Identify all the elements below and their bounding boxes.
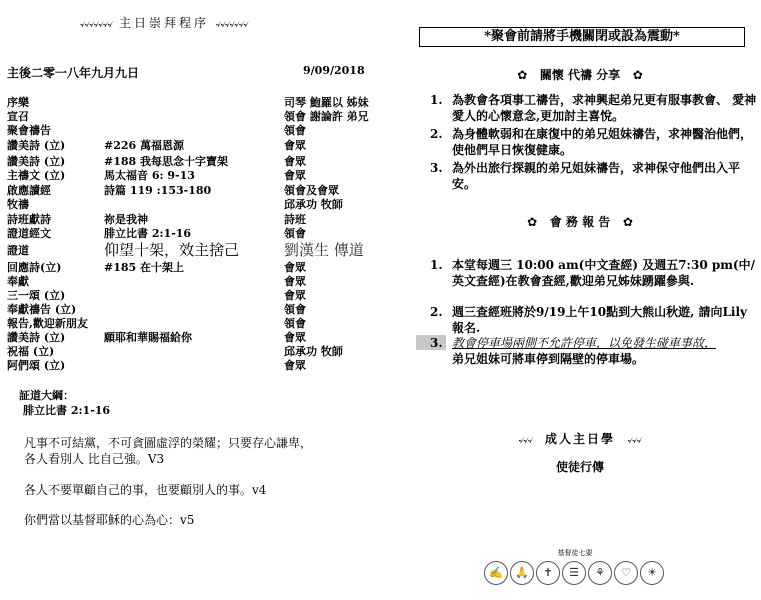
prayer-heading: ✿ 關懷 代禱 分享 ✿ bbox=[410, 66, 750, 83]
seven-essentials-graphic: 基督徒七要 ✍🙏✝☰⚘♡☀ bbox=[480, 548, 670, 596]
program-row: 證道經文腓立比書 2:1-16領會 bbox=[7, 225, 377, 240]
program-row: 回應詩(立)#185 在十架上會眾 bbox=[7, 259, 377, 274]
outline-verse-1b: 各人看別人 比自己強。V3 bbox=[24, 450, 164, 467]
program-row-sermon: 證道仰望十架，效主捨己劉漢生 傳道 bbox=[7, 242, 377, 257]
phone-notice-box: *聚會前請將手機關閉或設為震動* bbox=[419, 27, 745, 47]
prayer-list: 1.為教會各項事工禱告，求神興起弟兄更有服事教會、 愛神愛人的心懷意念,更加討主… bbox=[430, 92, 755, 194]
outline-heading: 証道大綱： bbox=[19, 387, 74, 403]
title-text: 主日崇拜程序 bbox=[119, 16, 209, 30]
ornament-right: ৵৵৵৵৵৵৵ bbox=[216, 20, 248, 30]
program-row: 祝福 (立)邱承功 牧師 bbox=[7, 343, 377, 358]
ornament-left: ৵৵৵ bbox=[519, 436, 533, 446]
parking-warning: 教會停車場兩側不允許停車，以免發生碰車事故， bbox=[452, 336, 716, 350]
seven-essentials-title: 基督徒七要 bbox=[480, 548, 670, 558]
sunday-school-heading: ৵৵৵ 成人主日學 ৵৵৵ bbox=[410, 430, 750, 448]
program-row: 讚美詩 (立)#226 萬福恩源會眾 bbox=[7, 137, 377, 152]
sunday-school-subject: 使徒行傳 bbox=[410, 458, 750, 475]
program-row: 奉獻禱告 (立)領會 bbox=[7, 301, 377, 316]
program-row: 讚美詩 (立)#188 我每思念十字寶架會眾 bbox=[7, 153, 377, 168]
bible-reading-icon: ✍ bbox=[484, 561, 508, 585]
list-item: 3.為外出旅行探親的弟兄姐妹禱告，求神保守他們出入平安。 bbox=[430, 160, 755, 194]
date-numeric: 9/09/2018 bbox=[303, 64, 365, 77]
program-row: 主禱文 (立)馬太福音 6: 9-13會眾 bbox=[7, 167, 377, 182]
program-row: 宣召領會 謝論許 弟兄 bbox=[7, 108, 377, 123]
outline-verse-3: 你們當以基督耶穌的心為心：v5 bbox=[24, 511, 194, 528]
sermon-title: 仰望十架，效主捨己 bbox=[104, 239, 239, 260]
program-row: 啟應讀經詩篇 119 :153-180領會及會眾 bbox=[7, 182, 377, 197]
program-row: 牧禱邱承功 牧師 bbox=[7, 196, 377, 211]
evangelism-icon: ⚘ bbox=[588, 561, 612, 585]
ornament-right: ৵৵৵ bbox=[628, 436, 642, 446]
fellowship-icon: ✝ bbox=[536, 561, 560, 585]
flower-ornament-icon: ✿ bbox=[527, 215, 537, 229]
program-row: 報告,歡迎新朋友領會 bbox=[7, 315, 377, 330]
program-row: 阿們頌 (立)會眾 bbox=[7, 357, 377, 372]
program-row: 讚美詩 (立)願耶和華賜福給你會眾 bbox=[7, 329, 377, 344]
program-row: 三一頌 (立)會眾 bbox=[7, 287, 377, 302]
outline-verse-1a: 凡事不可結黨，不可貪圖虛浮的榮耀；只要存心謙卑， bbox=[24, 434, 312, 451]
prayer-icon: 🙏 bbox=[510, 561, 534, 585]
outline-scripture: 腓立比書 2:1-16 bbox=[23, 402, 110, 418]
list-item: 2.為身體軟弱和在康復中的弟兄姐妹禱告，求神醫治他們，使他們早日恢復健康。 bbox=[430, 126, 755, 160]
date-chinese: 主後二零一八年九月九日 bbox=[7, 64, 139, 81]
outline-verse-2: 各人不要單顧自己的事，也要顧別人的事。v4 bbox=[24, 481, 266, 498]
order-of-service-title: ৵৵৵৵৵৵৵ 主日崇拜程序 ৵৵৵৵৵৵৵ bbox=[80, 14, 248, 32]
flower-ornament-icon: ✿ bbox=[633, 68, 643, 82]
program-row: 序樂司琴 鮑羅以 姊妹 bbox=[7, 94, 377, 109]
program-row: 聚會禱告領會 bbox=[7, 122, 377, 137]
love-icon: ♡ bbox=[614, 561, 638, 585]
list-item: 1.為教會各項事工禱告，求神興起弟兄更有服事教會、 愛神愛人的心懷意念,更加討主… bbox=[430, 92, 755, 126]
preacher: 劉漢生 傳道 bbox=[284, 239, 364, 260]
program-row: 奉獻會眾 bbox=[7, 273, 377, 288]
flower-ornament-icon: ✿ bbox=[623, 215, 633, 229]
announcements-heading: ✿ 會 務 報 告 ✿ bbox=[410, 213, 750, 230]
program-row: 詩班獻詩祢是我神詩班 bbox=[7, 211, 377, 226]
witness-icon: ☀ bbox=[640, 561, 664, 585]
ornament-left: ৵৵৵৵৵৵৵ bbox=[80, 20, 112, 30]
offering-icon: ☰ bbox=[562, 561, 586, 585]
flower-ornament-icon: ✿ bbox=[517, 68, 527, 82]
